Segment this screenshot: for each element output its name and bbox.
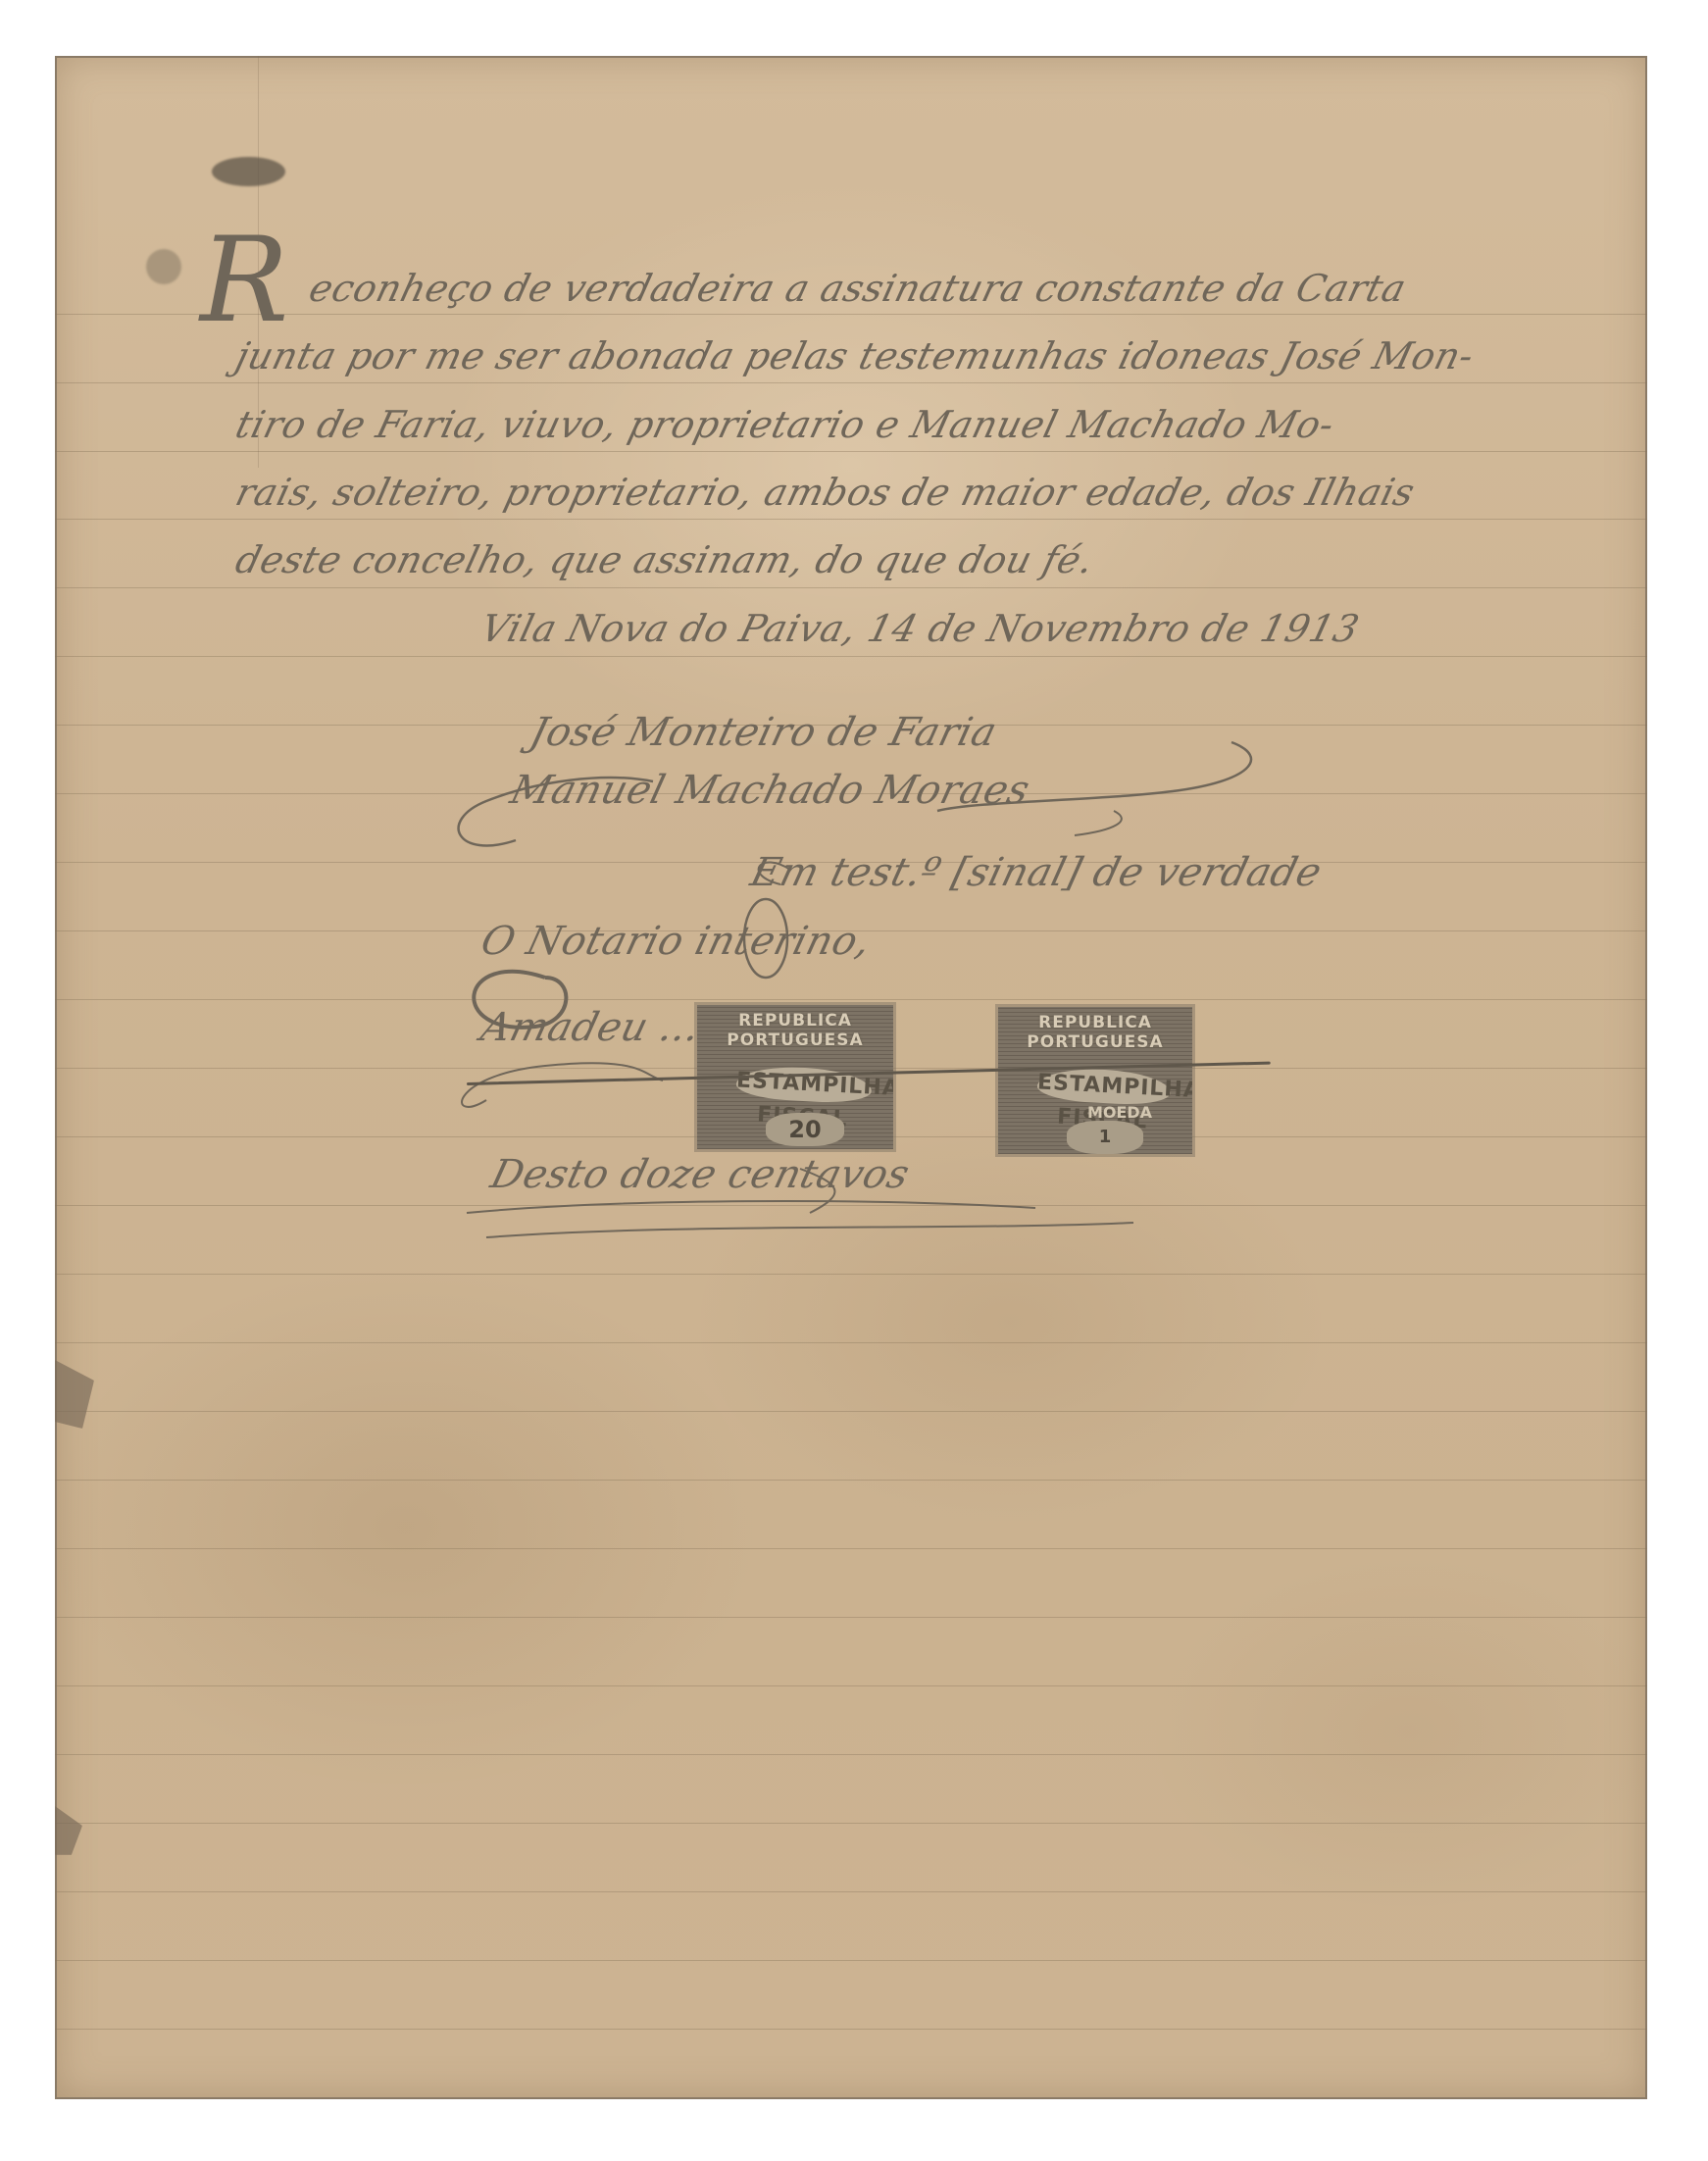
place-date-line: Vila Nova do Paiva, 14 de Novembro de 19… xyxy=(477,607,1364,650)
body-line-4: rais, solteiro, proprietario, ambos de m… xyxy=(231,471,1420,514)
fiscal-stamp-1-centavo: REPUBLICA PORTUGUESA ESTAMPILHA FISCAL M… xyxy=(998,1007,1192,1154)
signature-witness-2: Manuel Machado Moraes xyxy=(506,768,1034,813)
ruled-line xyxy=(55,1274,1647,1275)
ruled-line xyxy=(55,2029,1647,2030)
drop-cap: R xyxy=(200,223,288,340)
ink-stain xyxy=(212,157,285,186)
paper-tear xyxy=(55,1806,82,1855)
ruled-line xyxy=(55,1411,1647,1412)
stamp-value: 20 Reis xyxy=(766,1113,844,1146)
ink-stain xyxy=(146,249,181,284)
fee-note: Desto doze centavos xyxy=(486,1152,914,1197)
ruled-line xyxy=(55,1205,1647,1206)
body-line-3: tiro de Faria, viuvo, proprietario e Man… xyxy=(231,403,1338,446)
ruled-line xyxy=(55,1617,1647,1618)
stamp-overprint: MOEDA xyxy=(1086,1103,1153,1122)
ruled-line xyxy=(55,1891,1647,1892)
stamp-banner: ESTAMPILHA FISCAL xyxy=(1036,1066,1172,1106)
body-line-5: deste concelho, que assinam, do que dou … xyxy=(231,538,1098,581)
ruled-line xyxy=(55,587,1647,588)
ruled-line xyxy=(55,1823,1647,1824)
stamp-banner: ESTAMPILHA FISCAL xyxy=(735,1064,873,1104)
stamp-header: REPUBLICA PORTUGUESA xyxy=(1008,1013,1182,1052)
ruled-line xyxy=(55,999,1647,1000)
notary-signature: Amadeu ... xyxy=(477,1005,705,1050)
ruled-line xyxy=(55,1342,1647,1343)
body-line-1: econheço de verdadeira a assinatura cons… xyxy=(305,267,1411,310)
ruled-line xyxy=(55,1754,1647,1755)
ruled-line xyxy=(55,1685,1647,1686)
ruled-line xyxy=(55,1960,1647,1961)
notary-title: O Notario interino, xyxy=(477,919,876,964)
ruled-line xyxy=(55,314,1647,315)
signature-witness-1: José Monteiro de Faria xyxy=(526,710,1001,755)
ruled-line xyxy=(55,519,1647,520)
aged-paper-sheet: R econheço de verdadeira a assinatura co… xyxy=(55,56,1647,2099)
stamp-header: REPUBLICA PORTUGUESA xyxy=(707,1011,883,1050)
stamp-value: 1 CENTAVO xyxy=(1067,1121,1143,1154)
ruled-line xyxy=(55,1480,1647,1481)
ruled-line xyxy=(55,451,1647,452)
attestation-line: Em test.º [sinal] de verdade xyxy=(746,850,1327,895)
body-line-2: junta por me ser abonada pelas testemunh… xyxy=(231,334,1479,377)
paper-tear xyxy=(55,1360,94,1429)
ruled-line xyxy=(55,1548,1647,1549)
ruled-line xyxy=(55,382,1647,383)
ruled-line xyxy=(55,656,1647,657)
